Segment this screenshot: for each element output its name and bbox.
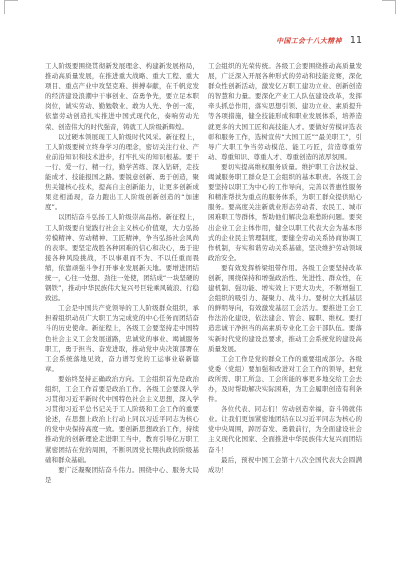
page-header: 中国工会十八大精神 11 xyxy=(276,35,362,46)
paragraph: 要始终坚持正确政治方向。工会组织首先是政治组织，工会工作首要是政治工作。各级工会… xyxy=(45,374,199,465)
paragraph: 要切实提高维权服务质量。维护职工合法权益、竭诚服务职工群众是工会组织的基本职责。… xyxy=(208,162,362,263)
right-column: 工会组织的光荣传统。各级工会要围绕推动高质量发展，广泛深入开展各种形式的劳动和技… xyxy=(208,61,362,485)
paragraph: 工会是中国共产党领导的工人阶级群众组织，承担着组织动员广大职工为完成党的中心任务… xyxy=(45,303,199,374)
paragraph: 工人阶级要围绕贯彻新发展理念、构建新发展格局，推动高质量发展，在推进重大战略、重… xyxy=(45,61,199,132)
left-column: 工人阶级要围绕贯彻新发展理念、构建新发展格局，推动高质量发展，在推进重大战略、重… xyxy=(45,61,199,485)
paragraph: 工会工作是党的群众工作的重要组成部分。各级党委（党组）要加强和改进对工会工作的领… xyxy=(208,354,362,404)
paragraph: 要有效发挥桥梁纽带作用。各级工会要坚持改革创新，围绕保持和增强政治性、先进性、群… xyxy=(208,263,362,354)
document-page: 中国工会十八大精神 11 工人阶级要围绕贯彻新发展理念、构建新发展格局，推动高质… xyxy=(0,0,400,571)
paragraph: 以团结奋斗弘扬工人阶级崇高品格。新征程上，工人阶级要自觉践行社会主义核心价值观，… xyxy=(45,212,199,303)
paragraph: 要广泛凝聚团结奋斗伟力。围绕中心、服务大局是 xyxy=(45,465,199,485)
page-number: 11 xyxy=(350,35,362,46)
running-title: 中国工会十八大精神 xyxy=(276,35,342,45)
crop-mark-top-left-icon xyxy=(4,0,18,14)
paragraph: 工会组织的光荣传统。各级工会要围绕推动高质量发展，广泛深入开展各种形式的劳动和技… xyxy=(208,61,362,162)
paragraph: 最后，预祝中国工会第十八次全国代表大会圆满成功！ xyxy=(208,455,362,475)
crop-mark-top-right-icon xyxy=(382,0,396,14)
paragraph: 以过硬本领展现工人阶级时代风采。新征程上，工人阶级要树立终身学习的理念，密切关注… xyxy=(45,132,199,213)
paragraph: 各位代表、同志们！劳动创造幸福，奋斗铸就伟业。让我们更加紧密地团结在以习近平同志… xyxy=(208,404,362,454)
article-body: 工人阶级要围绕贯彻新发展理念、构建新发展格局，推动高质量发展，在推进重大战略、重… xyxy=(45,61,362,485)
